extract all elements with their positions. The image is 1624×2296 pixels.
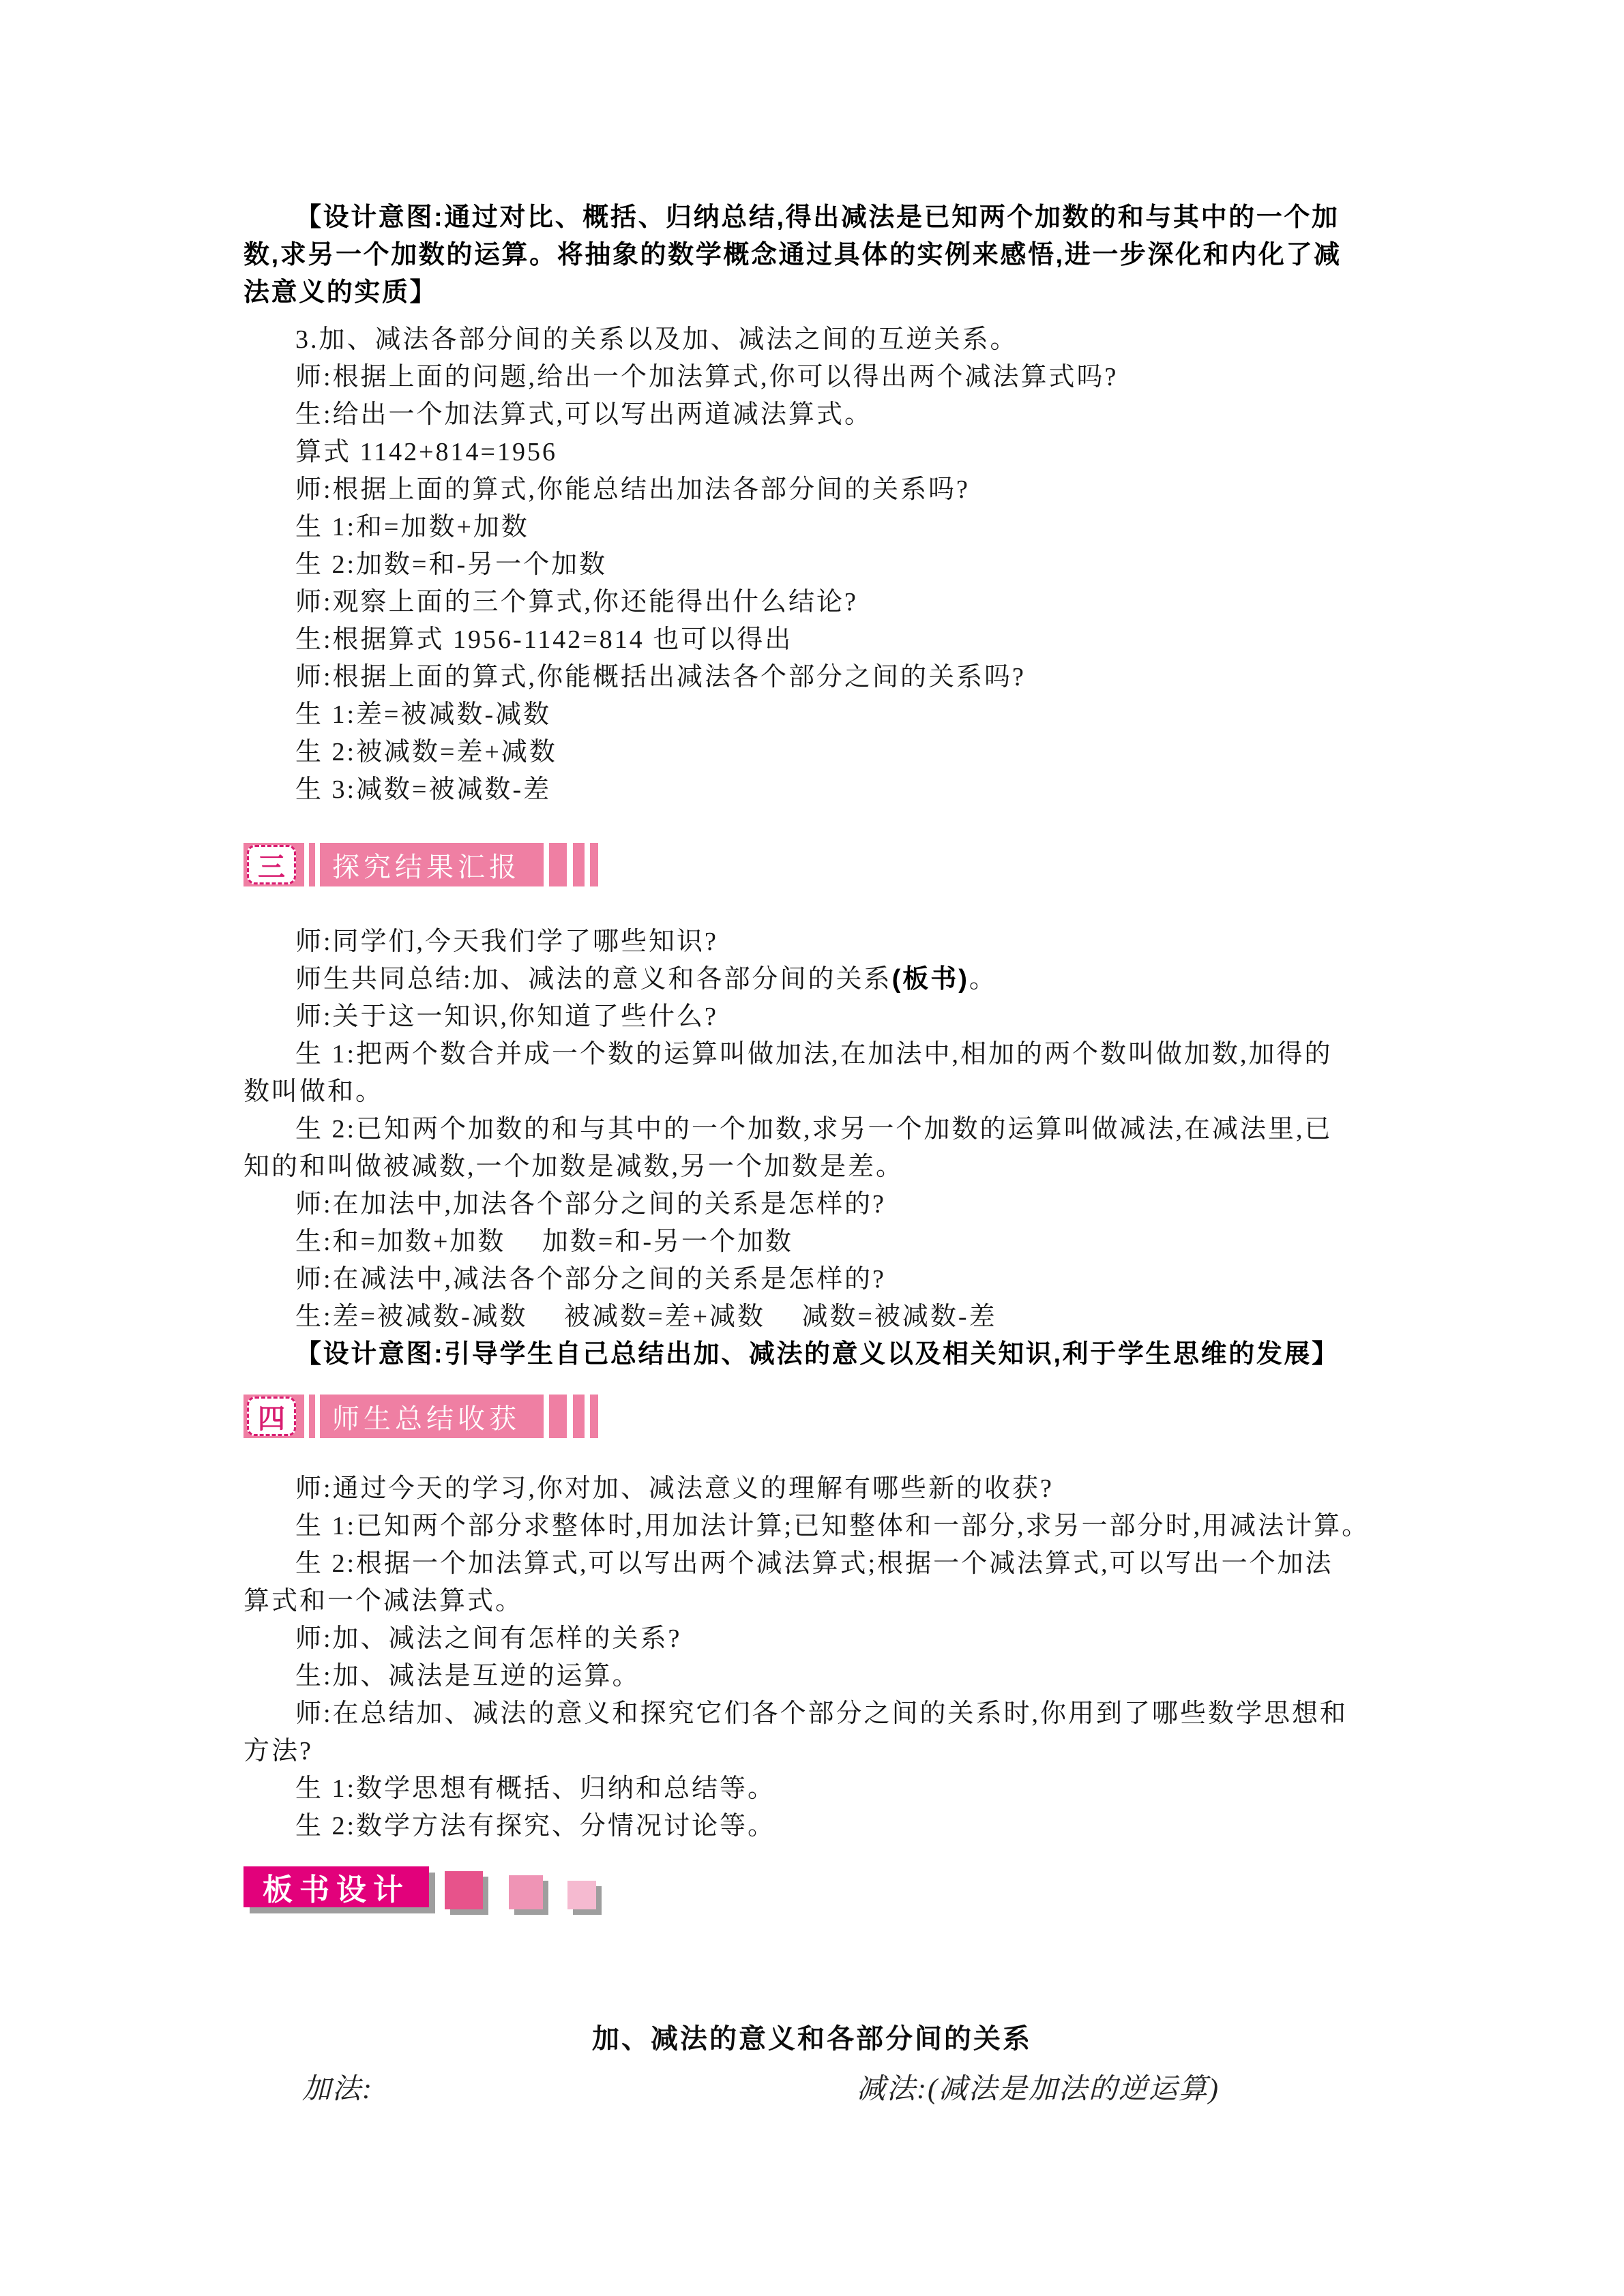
section-banner-3: 三 探究结果汇报 <box>243 843 598 886</box>
banner-tail-stripe <box>590 843 598 886</box>
section-number: 三 <box>258 846 285 884</box>
board-title: 加、减法的意义和各部分间的关系 <box>0 2017 1624 2056</box>
text-line: 3.加、减法各部分间的关系以及加、减法之间的互逆关系。 <box>295 324 1018 355</box>
banner-stripe-icon <box>315 1395 320 1438</box>
text-line: 【设计意图:引导学生自己总结出加、减法的意义以及相关知识,利于学生思维的发展】 <box>295 1339 1340 1370</box>
text-line: 生 2:已知两个加数的和与其中的一个加数,求另一个加数的运算叫做减法,在减法里,… <box>295 1114 1333 1145</box>
text-line: 生 1:差=被减数-减数 <box>295 699 551 730</box>
banner-tail-stripe <box>573 843 585 886</box>
text-line: 师:关于这一知识,你知道了些什么? <box>295 1001 718 1032</box>
text-line: 法意义的实质】 <box>243 277 437 308</box>
text-line: 师:在减法中,减法各个部分之间的关系是怎样的? <box>295 1264 886 1295</box>
text-line: 生 1:已知两个部分求整体时,用加法计算;已知整体和一部分,求另一部分时,用减法… <box>295 1510 1370 1542</box>
section-title: 探究结果汇报 <box>332 846 544 884</box>
text-line: 方法? <box>243 1735 313 1767</box>
board-addition-label: 加法: <box>302 2066 373 2107</box>
text-line: 师:观察上面的三个算式,你还能得出什么结论? <box>295 586 858 618</box>
text-line: 知的和叫做被减数,一个加数是减数,另一个加数是差。 <box>243 1151 904 1182</box>
text-line: 生 3:减数=被减数-差 <box>295 774 551 805</box>
text-line: 师:根据上面的算式,你能概括出减法各个部分之间的关系吗? <box>295 661 1026 693</box>
deco-square-light <box>567 1881 596 1909</box>
deco-square-dark <box>445 1871 483 1909</box>
board-design-label: 板书设计 <box>263 1865 410 1909</box>
banner-stripe-icon <box>304 843 309 886</box>
text-line: 师:根据上面的问题,给出一个加法算式,你可以得出两个减法算式吗? <box>295 361 1118 393</box>
banner-tail-stripe <box>573 1395 585 1438</box>
section-title: 师生总结收获 <box>332 1397 544 1436</box>
text-line: 生:和=加数+加数 加数=和-另一个加数 <box>295 1226 793 1257</box>
text-line: 生 1:把两个数合并成一个数的运算叫做加法,在加法中,相加的两个数叫做加数,加得… <box>295 1039 1333 1070</box>
section-number-badge: 四 <box>247 1397 296 1436</box>
text-line: 师:加、减法之间有怎样的关系? <box>295 1623 681 1654</box>
text-emphasis: (板书) <box>892 965 969 994</box>
text-line: 生:加、减法是互逆的运算。 <box>295 1660 640 1692</box>
text-line: 师:在加法中,加法各个部分之间的关系是怎样的? <box>295 1189 886 1220</box>
text-line: 师:在总结加、减法的意义和探究它们各个部分之间的关系时,你用到了哪些数学思想和 <box>295 1698 1348 1729</box>
section-banner-4: 四 师生总结收获 <box>243 1395 598 1438</box>
board-design-banner: 板书设计 <box>243 1866 429 1907</box>
text-line: 算式和一个减法算式。 <box>243 1585 523 1617</box>
section-banner-bar: 三 探究结果汇报 <box>243 843 544 886</box>
banner-stripe-icon <box>315 843 320 886</box>
board-subtraction-label: 减法:(减法是加法的逆运算) <box>857 2066 1220 2107</box>
text-line: 生 1:数学思想有概括、归纳和总结等。 <box>295 1773 776 1804</box>
section-number: 四 <box>258 1397 285 1436</box>
text-line: 师:同学们,今天我们学了哪些知识? <box>295 926 718 957</box>
text-line: 生:给出一个加法算式,可以写出两道减法算式。 <box>295 399 872 430</box>
text-segment: 师生共同总结:加、减法的意义和各部分间的关系 <box>295 965 892 994</box>
text-line: 生 2:被减数=差+减数 <box>295 736 557 768</box>
text-line: 生 1:和=加数+加数 <box>295 511 529 543</box>
document-page: 【设计意图:通过对比、概括、归纳总结,得出减法是已知两个加数的和与其中的一个加数… <box>0 0 1624 2296</box>
text-line: 生:根据算式 1956-1142=814 也可以得出 <box>295 624 793 655</box>
text-line: 【设计意图:通过对比、概括、归纳总结,得出减法是已知两个加数的和与其中的一个加 <box>295 202 1340 233</box>
text-line: 生:差=被减数-减数 被减数=差+减数 减数=被减数-差 <box>295 1301 997 1332</box>
text-line: 数,求另一个加数的运算。将抽象的数学概念通过具体的实例来感悟,进一步深化和内化了… <box>243 239 1342 271</box>
text-line: 师:根据上面的算式,你能总结出加法各部分间的关系吗? <box>295 474 970 505</box>
text-line: 生 2:数学方法有探究、分情况讨论等。 <box>295 1810 776 1842</box>
text-line: 师:通过今天的学习,你对加、减法意义的理解有哪些新的收获? <box>295 1473 1054 1504</box>
banner-tail-stripe <box>549 1395 567 1438</box>
text-line: 算式 1142+814=1956 <box>295 436 557 468</box>
section-number-badge: 三 <box>247 845 296 884</box>
text-line: 生 2:根据一个加法算式,可以写出两个减法算式;根据一个减法算式,可以写出一个加… <box>295 1548 1333 1579</box>
text-line: 数叫做和。 <box>243 1076 383 1107</box>
section-banner-bar: 四 师生总结收获 <box>243 1395 544 1438</box>
deco-square-medium <box>509 1875 543 1909</box>
banner-tail-stripe <box>590 1395 598 1438</box>
text-line: 师生共同总结:加、减法的意义和各部分间的关系(板书)。 <box>295 964 997 995</box>
banner-stripe-icon <box>304 1395 309 1438</box>
banner-tail-stripe <box>549 843 567 886</box>
text-line: 生 2:加数=和-另一个加数 <box>295 549 607 580</box>
text-segment: 。 <box>969 965 997 994</box>
